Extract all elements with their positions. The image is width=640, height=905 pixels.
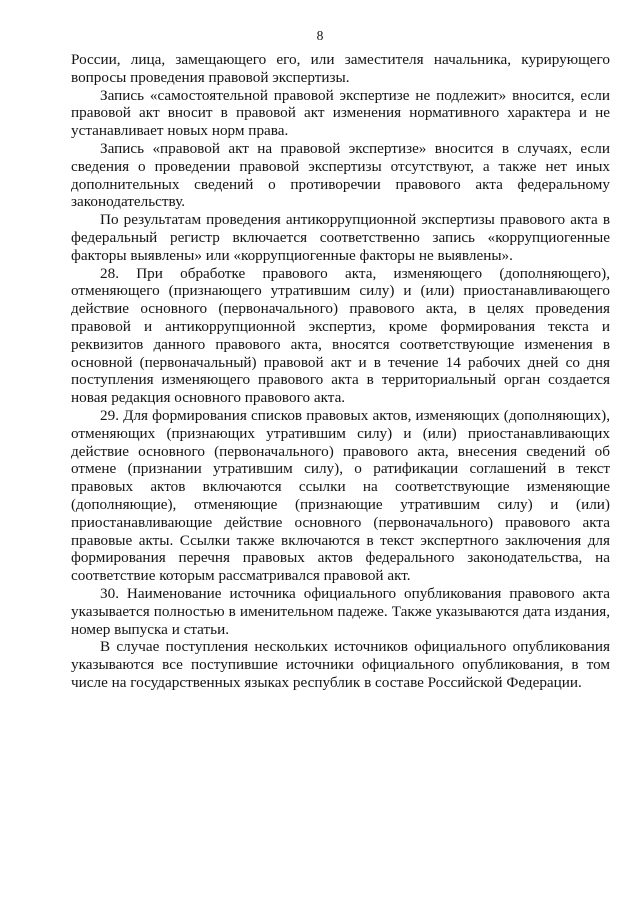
paragraph-item-28: 28. При обработке правового акта, изменя… [71,265,610,407]
paragraph-item-30: 30. Наименование источника официального … [71,585,610,638]
document-body: России, лица, замещающего его, или замес… [71,51,610,692]
document-page: 8 России, лица, замещающего его, или зам… [0,0,640,905]
paragraph-continuation: России, лица, замещающего его, или замес… [71,51,610,87]
paragraph-anticorruption-results: По результатам проведения антикоррупцион… [71,211,610,264]
paragraph-record-under-review: Запись «правовой акт на правовой эксперт… [71,140,610,211]
paragraph-multiple-sources: В случае поступления нескольких источник… [71,638,610,691]
paragraph-record-not-subject: Запись «самостоятельной правовой эксперт… [71,87,610,140]
paragraph-item-29: 29. Для формирования списков правовых ак… [71,407,610,585]
page-number: 8 [0,28,640,44]
